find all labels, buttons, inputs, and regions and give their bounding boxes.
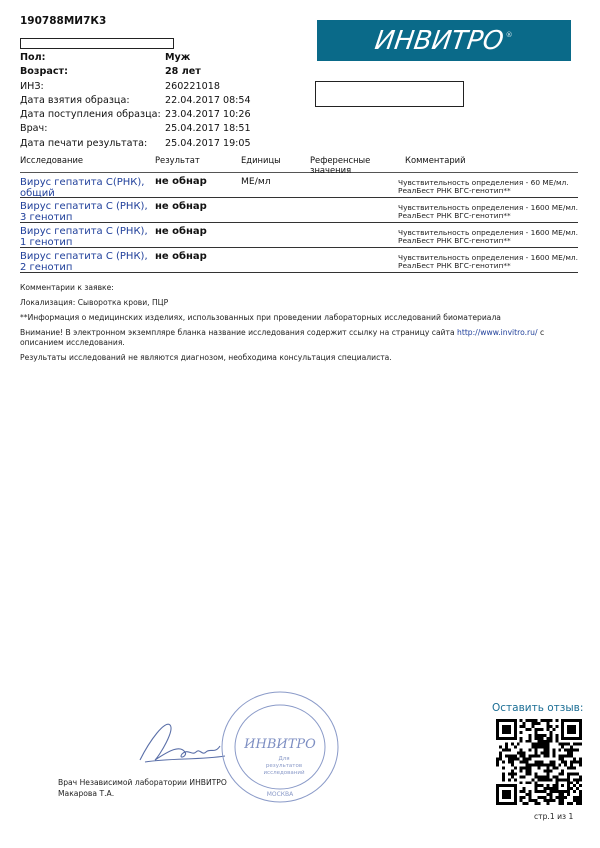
test-result: не обнар [155, 251, 207, 262]
table-row: Вирус гепатита С (РНК), 1 генотипне обна… [20, 223, 578, 248]
field-value: 23.04.2017 10:26 [165, 108, 251, 122]
signature [130, 710, 230, 770]
lab-stamp: ИНВИТРО Для результатов исследований МОС… [218, 688, 342, 806]
test-name-link[interactable]: Вирус гепатита С (РНК), 3 генотип [20, 201, 155, 223]
svg-text:МОСКВА: МОСКВА [267, 791, 294, 798]
field-value: 25.04.2017 18:51 [165, 122, 251, 136]
patient-field: Дата поступления образца:23.04.2017 10:2… [20, 108, 251, 122]
patient-field: Врач:25.04.2017 18:51 [20, 122, 251, 136]
test-comment: Чувствительность определения - 60 МЕ/мл.… [398, 179, 569, 195]
svg-text:Для: Для [278, 756, 289, 762]
field-label: ИНЗ: [20, 80, 165, 94]
patient-field: Пол:Муж [20, 51, 251, 65]
table-row: Вирус гепатита С (РНК), 3 генотипне обна… [20, 198, 578, 223]
table-row: Вирус гепатита С (РНК), 2 генотипне обна… [20, 248, 578, 273]
test-result: не обнар [155, 226, 207, 237]
field-label: Дата поступления образца: [20, 108, 165, 122]
field-value: 22.04.2017 08:54 [165, 94, 251, 108]
disclaimer: Результаты исследований не являются диаг… [20, 353, 580, 363]
page-counter: стр.1 из 1 [534, 812, 573, 821]
col-result: Результат [155, 156, 200, 166]
localization: Локализация: Сыворотка крови, ПЦР [20, 298, 580, 308]
review-qr-code[interactable] [496, 719, 582, 805]
results-table: Исследование Результат Единицы Референсн… [20, 154, 578, 273]
field-value: 260221018 [165, 80, 220, 94]
order-id: 190788МИ7К3 [20, 15, 106, 27]
field-label: Пол: [20, 51, 165, 65]
col-comment: Комментарий [405, 156, 466, 166]
invitro-link[interactable]: http://www.invitro.ru/ [457, 328, 538, 337]
test-result: не обнар [155, 201, 207, 212]
logo-text: ИНВИТРО [373, 26, 506, 56]
test-comment: Чувствительность определения - 1600 МЕ/м… [398, 204, 578, 220]
devices-info: **Информация о медицинских изделиях, исп… [20, 313, 580, 323]
field-value: 28 лет [165, 65, 201, 79]
registered-mark: ® [506, 31, 513, 39]
svg-text:ИНВИТРО: ИНВИТРО [243, 737, 316, 752]
test-name-link[interactable]: Вирус гепатита С(РНК), общий [20, 177, 155, 199]
patient-field: Дата печати результата:25.04.2017 19:05 [20, 137, 251, 151]
comment-line: РеалБест РНК ВГС-генотип** [398, 237, 578, 245]
comment-line: РеалБест РНК ВГС-генотип** [398, 212, 578, 220]
table-row: Вирус гепатита С(РНК), общийне обнарМЕ/м… [20, 173, 578, 198]
patient-field: Дата взятия образца:22.04.2017 08:54 [20, 94, 251, 108]
field-value: 25.04.2017 19:05 [165, 137, 251, 151]
patient-field: Возраст:28 лет [20, 65, 251, 79]
table-header: Исследование Результат Единицы Референсн… [20, 154, 578, 173]
test-comment: Чувствительность определения - 1600 МЕ/м… [398, 254, 578, 270]
doctor-title: Врач Независимой лаборатории ИНВИТРО [58, 777, 227, 788]
patient-field: ИНЗ:260221018 [20, 80, 251, 94]
notes: Комментарии к заявке: Локализация: Сывор… [20, 283, 580, 368]
field-label: Дата печати результата: [20, 137, 165, 151]
comment-line: РеалБест РНК ВГС-генотип** [398, 187, 569, 195]
review-label: Оставить отзыв: [492, 702, 583, 714]
address-redacted [315, 81, 464, 107]
doctor-name: Макарова Т.А. [58, 788, 227, 799]
svg-text:исследований: исследований [263, 769, 304, 776]
attention: Внимание! В электронном экземпляре бланк… [20, 328, 580, 347]
attention-text: Внимание! В электронном экземпляре бланк… [20, 328, 457, 337]
field-label: Дата взятия образца: [20, 94, 165, 108]
test-result: не обнар [155, 176, 207, 187]
test-name-link[interactable]: Вирус гепатита С (РНК), 1 генотип [20, 226, 155, 248]
invitro-logo: ИНВИТРО ® [317, 20, 571, 61]
doctor-signature-block: Врач Независимой лаборатории ИНВИТРО Мак… [58, 777, 227, 799]
comment-line: РеалБест РНК ВГС-генотип** [398, 262, 578, 270]
field-label: Возраст: [20, 65, 165, 79]
svg-text:результатов: результатов [266, 763, 302, 769]
comments-title: Комментарии к заявке: [20, 283, 580, 293]
field-label: Врач: [20, 122, 165, 136]
test-units: МЕ/мл [241, 176, 271, 187]
test-name-link[interactable]: Вирус гепатита С (РНК), 2 генотип [20, 251, 155, 273]
field-value: Муж [165, 51, 190, 65]
test-comment: Чувствительность определения - 1600 МЕ/м… [398, 229, 578, 245]
col-units: Единицы [241, 156, 281, 166]
col-test: Исследование [20, 156, 83, 166]
patient-info: Пол:МужВозраст:28 летИНЗ:260221018Дата в… [20, 51, 251, 151]
patient-name-redacted [20, 38, 174, 49]
